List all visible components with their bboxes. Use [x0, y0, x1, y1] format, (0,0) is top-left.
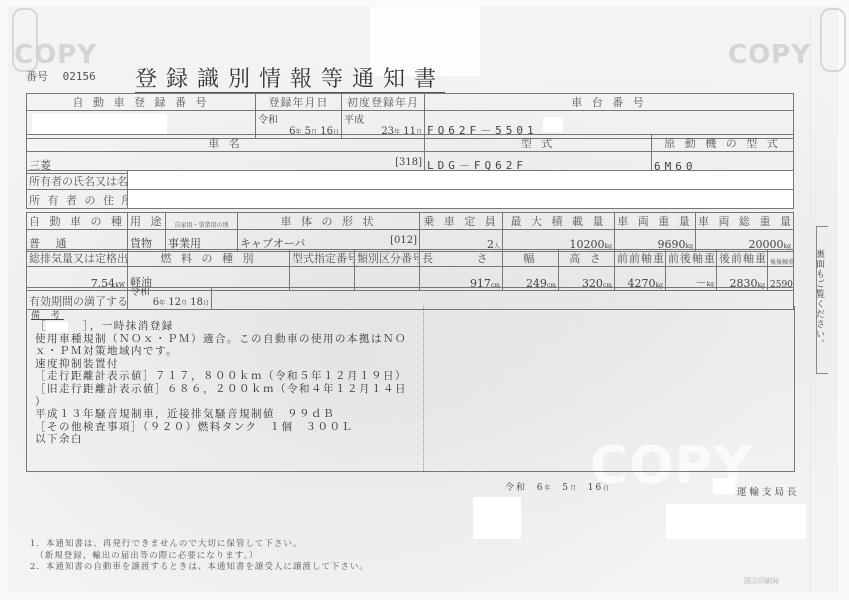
type-table: 自 動 車 の 種 別 用 途 自家用・事業用の別 車 体 の 形 状 乗 車 … [26, 212, 794, 252]
model-header: 型 式 [425, 135, 652, 152]
body-shape-header: 車 体 の 形 状 [238, 213, 420, 230]
owner-table: 所有者の氏名又は名称 所 有 者 の 住 所 [26, 170, 794, 209]
fuel-type-header: 燃 料 の 種 別 [128, 250, 290, 267]
rf-axle-header: 後前軸重 [717, 250, 768, 267]
footer-note: 2．本通知書の自動車を譲渡するときは、本通知書を譲受人に譲渡して下さい。 [30, 562, 369, 574]
owner-name-label: 所有者の氏名又は名称 [27, 171, 128, 190]
vehicle-model-table: 車 名 型 式 原 動 機 の 型 式 三菱[318] LDG－FQ62F 6M… [26, 134, 794, 174]
displacement-header: 総排気量又は定格出力 [27, 250, 128, 267]
max-load-header: 最 大 積 載 量 [503, 213, 615, 230]
side-note: 裏面もご覧ください。 [816, 226, 828, 374]
gross-weight-header: 車 両 総 重 量 [696, 213, 794, 230]
reg-number-header: 自 動 車 登 録 番 号 [27, 94, 256, 111]
footer-note: 1．本通知書は、再発行できませんので大切に保管して下さい。 [30, 539, 369, 551]
type-designation-header: 型式指定番号 [290, 250, 355, 267]
footer-note: （新規登録、輸出の届出等の際に必要になります。） [30, 551, 369, 563]
specs-table: 総排気量又は定格出力 燃 料 の 種 別 型式指定番号 類別区分番号 長 さ 幅… [26, 249, 794, 291]
length-header: 長 さ [420, 250, 503, 267]
remarks-line: 速度抑制装置付 [35, 358, 407, 371]
remarks-line: 以下余白 [35, 433, 407, 446]
engine-model-header: 原 動 機 の 型 式 [652, 135, 794, 152]
capacity-header: 乗 車 定 員 [420, 213, 503, 230]
remarks-text: ［ ］，一時抹消登録使用車種規制（ＮＯｘ・ＰＭ）適合。この自動車の使用の本拠はＮ… [35, 320, 407, 446]
owner-address-value [128, 190, 794, 209]
issue-date: 令和 6年 5月 16日 [505, 480, 611, 493]
remarks-line: ［旧走行距離計表示値］６８６，２００ｋｍ（令和４年１２月１４日 [35, 383, 407, 396]
use-header: 用 途 [128, 213, 166, 230]
copy-watermark-left: COPY [14, 40, 97, 70]
first-reg-header: 初度登録年月 [342, 94, 425, 111]
redacted-remark-id [46, 322, 68, 332]
reg-date-header: 登録年月日 [256, 94, 342, 111]
remarks-line: 使用車種規制（ＮＯｘ・ＰＭ）適合。この自動車の使用の本拠はＮＯ [35, 333, 407, 346]
fold-line [810, 14, 811, 594]
footer-notes: 1．本通知書は、再発行できませんので大切に保管して下さい。 （新規登録、輸出の届… [30, 539, 369, 574]
vehicle-type-header: 自 動 車 の 種 別 [27, 213, 128, 230]
remarks-divider [423, 306, 424, 471]
remarks-line: 平成１３年騒音規制車，近接排気騒音規制値 ９９ｄＢ [35, 408, 407, 421]
chassis-header: 車 台 番 号 [425, 94, 794, 111]
number-value: 02156 [63, 70, 96, 83]
private-business-header: 自家用・事業用の別 [166, 213, 238, 230]
owner-name-value [128, 171, 794, 190]
vehicle-weight-header: 車 両 重 量 [615, 213, 696, 230]
document-number: 番号 02156 [26, 68, 96, 84]
document-title: 登録識別情報等通知書 [135, 68, 445, 93]
title-background [370, 6, 480, 76]
redacted-reg-number [32, 114, 167, 134]
ff-axle-header: 前前軸重 [615, 250, 666, 267]
remarks-line: ［その他検査事項］（９２０）燃料タンク １個 ３００Ｌ [35, 421, 407, 434]
corner-ornament-right [820, 8, 846, 72]
category-number-header: 類別区分番号 [355, 250, 420, 267]
redacted-chassis-suffix [543, 117, 563, 132]
remarks-line: ｘ・ＰＭ対策地域内です。 [35, 345, 407, 358]
width-header: 幅 [503, 250, 559, 267]
rr-axle-header: 後後軸重 [768, 250, 794, 267]
copy-watermark-right: COPY [728, 40, 811, 70]
owner-address-label: 所 有 者 の 住 所 [27, 190, 128, 209]
remarks-line: ［走行距離計表示値］７１７，８００ｋｍ（令和５年１２月１９日） [35, 370, 407, 383]
remarks-section: 備 考 ［ ］，一時抹消登録使用車種規制（ＮＯｘ・ＰＭ）適合。この自動車の使用の… [26, 306, 795, 472]
number-label: 番号 [26, 70, 48, 83]
remarks-line: ［ ］，一時抹消登録 [35, 320, 407, 333]
printer-mark: 国立印刷局 [744, 576, 779, 586]
remarks-line: ） [35, 396, 407, 409]
redacted-seal [666, 504, 806, 539]
fr-axle-header: 前後軸重 [666, 250, 717, 267]
redacted-stamp-left [473, 497, 521, 539]
height-header: 高 さ [559, 250, 615, 267]
issuing-office: 運輸支局長 [737, 484, 800, 498]
redacted-office-name [713, 478, 735, 494]
car-name-header: 車 名 [27, 135, 425, 152]
